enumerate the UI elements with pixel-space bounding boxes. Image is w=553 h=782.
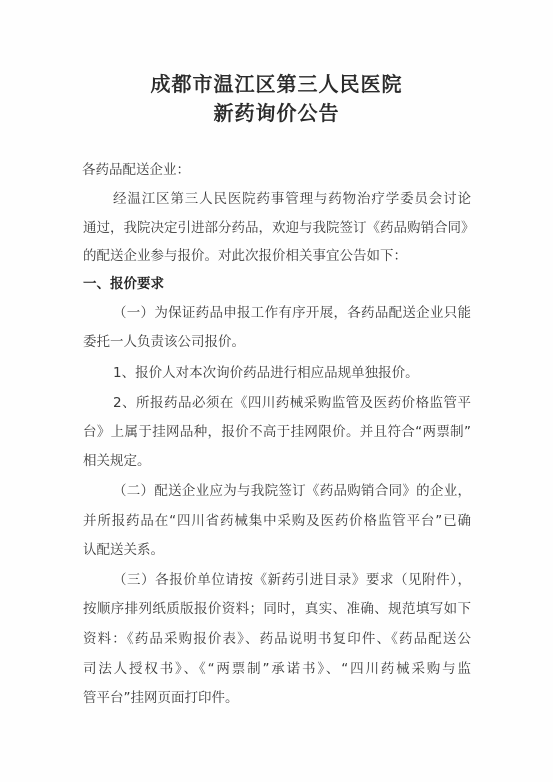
intro-line: 经温江区第三人民医院药事管理与药物治疗学委员会讨论 <box>113 190 471 208</box>
paragraph-line: 资料：《药品采购报价表》、药品说明书复印件、《药品配送公 <box>83 630 471 648</box>
paragraph-line: 管平台”挂网页面打印件。 <box>83 689 471 707</box>
intro-line: 的配送企业参与报价。对此次报价相关事宜公告如下： <box>83 247 471 265</box>
paragraph-line: 1、报价人对本次询价药品进行相应品规单独报价。 <box>113 364 471 382</box>
paragraph-line: 台》上属于挂网品种，报价不高于挂网限价。并且符合“两票制” <box>83 423 471 441</box>
paragraph-line: 按顺序排列纸质版报价资料；同时，真实、准确、规范填写如下 <box>83 600 471 618</box>
intro-line: 通过，我院决定引进部分药品，欢迎与我院签订《药品购销合同》 <box>83 219 471 237</box>
paragraph-line: 并所报药品在“四川省药械集中采购及医药价格监管平台”已确 <box>83 512 471 530</box>
paragraph-line: 委托一人负责该公司报价。 <box>83 333 471 351</box>
paragraph-line: （三）各报价单位请按《新药引进目录》要求（见附件）， <box>113 571 471 589</box>
paragraph-line: （一）为保证药品申报工作有序开展，各药品配送企业只能 <box>113 304 471 322</box>
paragraph-line: 2、所报药品必须在《四川药械采购监管及医药价格监管平 <box>113 394 471 412</box>
paragraph-line: （二）配送企业应为与我院签订《药品购销合同》的企业， <box>113 482 471 500</box>
paragraph-line: 司法人授权书》、《“两票制”承诺书》、“四川药械采购与监 <box>83 660 471 678</box>
salutation: 各药品配送企业： <box>82 161 470 179</box>
document-title-line2: 新药询价公告 <box>0 101 553 125</box>
paragraph-line: 相关规定。 <box>83 452 471 470</box>
section-heading: 一、报价要求 <box>83 275 471 293</box>
paragraph-line: 认配送关系。 <box>83 541 471 559</box>
document-page: 成都市温江区第三人民医院 新药询价公告 各药品配送企业： 经温江区第三人民医院药… <box>0 0 553 782</box>
document-title-line1: 成都市温江区第三人民医院 <box>0 72 553 96</box>
